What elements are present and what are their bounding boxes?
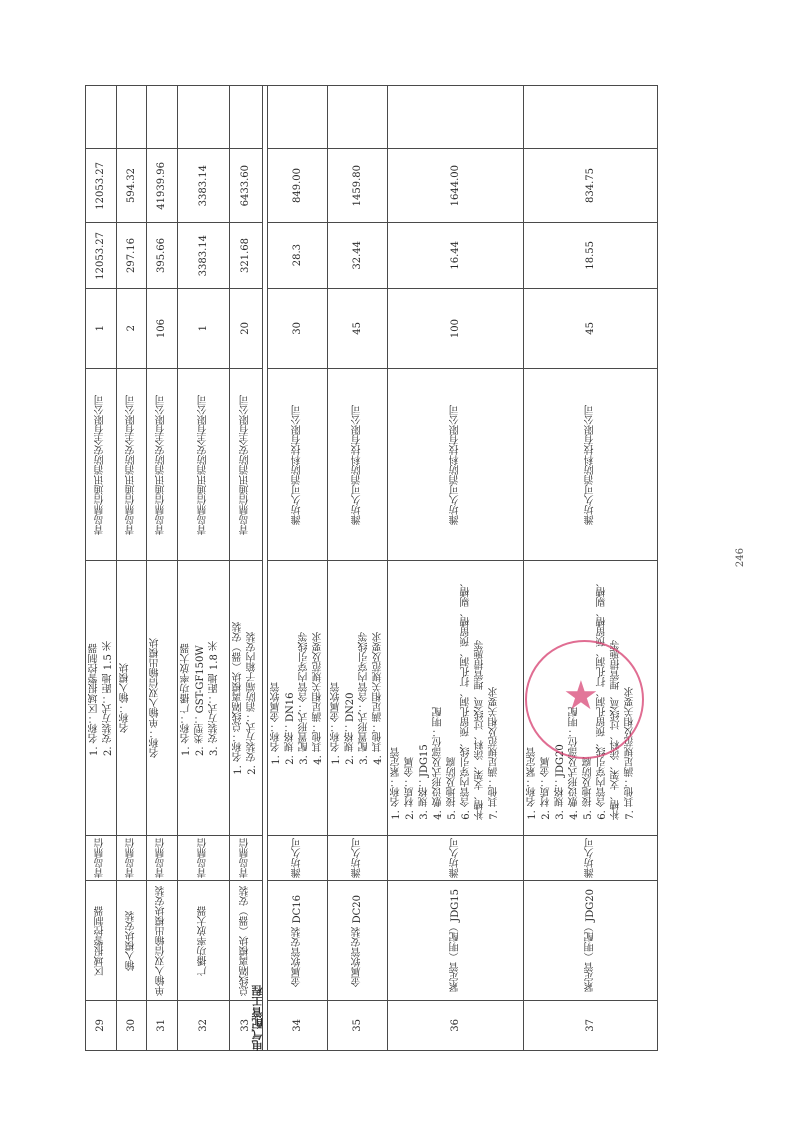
unit-price-text: 28.3 [291, 244, 305, 266]
no-text: 32 [197, 1019, 211, 1032]
cell-total: 41939.96 [146, 148, 178, 223]
no-text: 36 [449, 1019, 463, 1032]
unit-price-text: 297.16 [125, 238, 139, 273]
cell-name: 输入模块安装 [116, 880, 147, 1001]
cell-unit-price: 3383.14 [177, 222, 230, 289]
features-text: 1. 名称：紧定管 2. 材质：金属 3. 规格：JDG15 4. 敷设形式及部… [390, 577, 502, 820]
cell-remark [523, 85, 658, 149]
cell-remark [387, 85, 524, 149]
cell-no: 32 [177, 1000, 230, 1051]
cell-unit-price: 28.3 [267, 222, 328, 289]
cell-unit-price: 12053.27 [85, 222, 117, 289]
name-text: 金属软管安装 DC16 [291, 895, 305, 987]
section-title-text: 电气配管工程 [251, 985, 265, 1051]
supplier-text: 青岛鼎信通讯消防安全有限公司 [197, 395, 211, 535]
cell-supplier: 潍坊久可消防科技有限公司 [267, 368, 328, 561]
features-text: 1. 名称：区域报警控制器 2. 安装方式：距地 1.5 米 [88, 641, 116, 756]
qty-text: 1 [197, 325, 211, 331]
features-text: 1. 名称：金属软管 2. 规格：DN20 3. 配置形式：含管内穿引线等 4.… [330, 632, 386, 765]
cell-supplier: 青岛鼎信通讯消防安全有限公司 [146, 368, 178, 561]
features-text: 1. 名称：紧定管 2. 材质：金属 3. 规格：JDG20 4. 敷设形式及部… [526, 577, 638, 820]
cell-unit-price: 16.44 [387, 222, 524, 289]
qty-text: 1 [94, 325, 108, 331]
cell-name: 金属软管安装 DC20 [327, 880, 388, 1001]
unit-price-text: 321.68 [239, 238, 253, 273]
qty-text: 106 [155, 319, 169, 338]
cell-total: 1459.80 [327, 148, 388, 223]
no-text: 30 [125, 1019, 139, 1032]
cell-unit-price: 18.55 [523, 222, 658, 289]
document-page: 12053.2712053.271青岛鼎信通讯消防安全有限公司1. 名称：区域报… [0, 0, 794, 1123]
cell-supplier: 青岛鼎信通讯消防安全有限公司 [85, 368, 117, 561]
page-number: 246 [734, 548, 748, 570]
supplier-text: 青岛鼎信通讯消防安全有限公司 [94, 395, 108, 535]
supplier-text: 潍坊久可消防科技有限公司 [449, 405, 463, 525]
cell-features: 1. 名称：紧定管 2. 材质：金属 3. 规格：JDG15 4. 敷设形式及部… [387, 560, 524, 836]
brand-text: 青岛鼎信 [155, 838, 169, 878]
brand-text: 潍坊久可 [449, 838, 463, 878]
cell-total: 1644.00 [387, 148, 524, 223]
cell-total: 3383.14 [177, 148, 230, 223]
total-text: 3383.14 [197, 165, 211, 206]
name-text: 输入模块安装 [125, 911, 139, 971]
cell-features: 名称：单输入双信输出模块 [146, 560, 178, 836]
total-text: 834.75 [584, 168, 598, 203]
cell-features: 1. 名称：广播功率放大器 2. 类型：GST-GF150W 3. 安装方式：距… [177, 560, 230, 836]
qty-text: 30 [291, 322, 305, 335]
qty-text: 45 [351, 322, 365, 335]
section-title: 电气配管工程 [248, 940, 268, 1051]
cell-name: 广播功率放大器 [177, 880, 230, 1001]
no-text: 34 [291, 1019, 305, 1032]
total-text: 12053.27 [94, 162, 108, 210]
brand-text: 青岛鼎信 [197, 838, 211, 878]
cell-name: 区域报警控制器 [85, 880, 117, 1001]
page-number-text: 246 [734, 548, 748, 567]
cell-no: 34 [267, 1000, 328, 1051]
features-text: 1. 名称：金属软管 2. 规格：DN16 3. 配置形式：含管内穿引线等 4.… [270, 632, 326, 765]
name-text: 紧定管（明配）JDG15 [449, 889, 463, 992]
cell-qty: 45 [327, 288, 388, 369]
total-text: 1644.00 [449, 165, 463, 206]
cell-brand: 青岛鼎信 [229, 835, 263, 881]
cell-remark [267, 85, 328, 149]
cell-unit-price: 395.66 [146, 222, 178, 289]
cell-brand: 潍坊久可 [387, 835, 524, 881]
cell-brand: 潍坊久可 [523, 835, 658, 881]
cell-total: 594.32 [116, 148, 147, 223]
cell-total: 849.00 [267, 148, 328, 223]
supplier-text: 青岛鼎信通讯消防安全有限公司 [125, 395, 139, 535]
unit-price-text: 12053.27 [94, 232, 108, 280]
cell-qty: 1 [177, 288, 230, 369]
cell-features: 名称：输入模块 [116, 560, 147, 836]
cell-qty: 20 [229, 288, 263, 369]
cell-qty: 2 [116, 288, 147, 369]
cell-unit-price: 297.16 [116, 222, 147, 289]
cell-no: 36 [387, 1000, 524, 1051]
features-text: 1. 名称：总线隔离模块（器）安装 2. 安装方式：消防端子箱内安装 [232, 622, 260, 775]
supplier-text: 潍坊久可消防科技有限公司 [351, 405, 365, 525]
features-text: 名称：输入模块 [119, 663, 133, 733]
cell-total: 834.75 [523, 148, 658, 223]
total-text: 594.32 [125, 168, 139, 203]
cell-no: 31 [146, 1000, 178, 1051]
cell-remark [327, 85, 388, 149]
brand-text: 潍坊久可 [351, 838, 365, 878]
unit-price-text: 18.55 [584, 241, 598, 270]
cell-unit-price: 32.44 [327, 222, 388, 289]
cell-features: 1. 名称：金属软管 2. 规格：DN16 3. 配置形式：含管内穿引线等 4.… [267, 560, 328, 836]
cell-features: 1. 名称：紧定管 2. 材质：金属 3. 规格：JDG20 4. 敷设形式及部… [523, 560, 658, 836]
cell-brand: 青岛鼎信 [146, 835, 178, 881]
cell-features: 1. 名称：金属软管 2. 规格：DN20 3. 配置形式：含管内穿引线等 4.… [327, 560, 388, 836]
cell-brand: 潍坊久可 [267, 835, 328, 881]
brand-text: 潍坊久可 [291, 838, 305, 878]
name-text: 金属软管安装 DC20 [351, 895, 365, 987]
cell-remark [85, 85, 117, 149]
qty-text: 2 [125, 325, 139, 331]
brand-text: 潍坊久可 [584, 838, 598, 878]
cell-supplier: 青岛鼎信通讯消防安全有限公司 [229, 368, 263, 561]
supplier-text: 潍坊久可消防科技有限公司 [584, 405, 598, 525]
cell-no: 29 [85, 1000, 117, 1051]
cell-supplier: 青岛鼎信通讯消防安全有限公司 [116, 368, 147, 561]
features-text: 1. 名称：广播功率放大器 2. 类型：GST-GF150W 3. 安装方式：距… [180, 641, 222, 756]
unit-price-text: 395.66 [155, 238, 169, 273]
features-text: 名称：单输入双信输出模块 [149, 638, 163, 758]
cell-name: 紧定管（明配）JDG15 [387, 880, 524, 1001]
no-text: 37 [584, 1019, 598, 1032]
cell-brand: 青岛鼎信 [116, 835, 147, 881]
cell-total: 12053.27 [85, 148, 117, 223]
cell-brand: 青岛鼎信 [177, 835, 230, 881]
brand-text: 青岛鼎信 [239, 838, 253, 878]
cell-qty: 45 [523, 288, 658, 369]
cell-remark [229, 85, 263, 149]
cell-remark [177, 85, 230, 149]
brand-text: 青岛鼎信 [125, 838, 139, 878]
cell-no: 30 [116, 1000, 147, 1051]
cell-supplier: 潍坊久可消防科技有限公司 [523, 368, 658, 561]
no-text: 29 [94, 1019, 108, 1032]
brand-text: 青岛鼎信 [94, 838, 108, 878]
cell-name: 金属软管安装 DC16 [267, 880, 328, 1001]
cell-name: 单输入双信输出模块安装 [146, 880, 178, 1001]
unit-price-text: 3383.14 [197, 235, 211, 276]
supplier-text: 青岛鼎信通讯消防安全有限公司 [239, 395, 253, 535]
name-text: 区域报警控制器 [94, 906, 108, 976]
total-text: 6433.60 [239, 165, 253, 206]
unit-price-text: 32.44 [351, 241, 365, 270]
name-text: 广播功率放大器 [197, 906, 211, 976]
no-text: 35 [351, 1019, 365, 1032]
cell-total: 6433.60 [229, 148, 263, 223]
cell-brand: 潍坊久可 [327, 835, 388, 881]
qty-text: 20 [239, 322, 253, 335]
cell-no: 37 [523, 1000, 658, 1051]
qty-text: 45 [584, 322, 598, 335]
name-text: 紧定管（明配）JDG20 [584, 889, 598, 992]
name-text: 单输入双信输出模块安装 [155, 886, 169, 996]
unit-price-text: 16.44 [449, 241, 463, 270]
cell-remark [146, 85, 178, 149]
cell-supplier: 青岛鼎信通讯消防安全有限公司 [177, 368, 230, 561]
supplier-text: 青岛鼎信通讯消防安全有限公司 [155, 395, 169, 535]
no-text: 31 [155, 1019, 169, 1032]
total-text: 849.00 [291, 168, 305, 203]
cell-features: 1. 名称：总线隔离模块（器）安装 2. 安装方式：消防端子箱内安装 [229, 560, 263, 836]
total-text: 41939.96 [155, 162, 169, 210]
cell-supplier: 潍坊久可消防科技有限公司 [327, 368, 388, 561]
cell-name: 紧定管（明配）JDG20 [523, 880, 658, 1001]
supplier-text: 潍坊久可消防科技有限公司 [291, 405, 305, 525]
cell-qty: 1 [85, 288, 117, 369]
cell-qty: 30 [267, 288, 328, 369]
cell-qty: 100 [387, 288, 524, 369]
cell-no: 35 [327, 1000, 388, 1051]
cell-brand: 青岛鼎信 [85, 835, 117, 881]
qty-text: 100 [449, 319, 463, 338]
cell-supplier: 潍坊久可消防科技有限公司 [387, 368, 524, 561]
cell-remark [116, 85, 147, 149]
cell-unit-price: 321.68 [229, 222, 263, 289]
cell-features: 1. 名称：区域报警控制器 2. 安装方式：距地 1.5 米 [85, 560, 117, 836]
cell-qty: 106 [146, 288, 178, 369]
total-text: 1459.80 [351, 165, 365, 206]
